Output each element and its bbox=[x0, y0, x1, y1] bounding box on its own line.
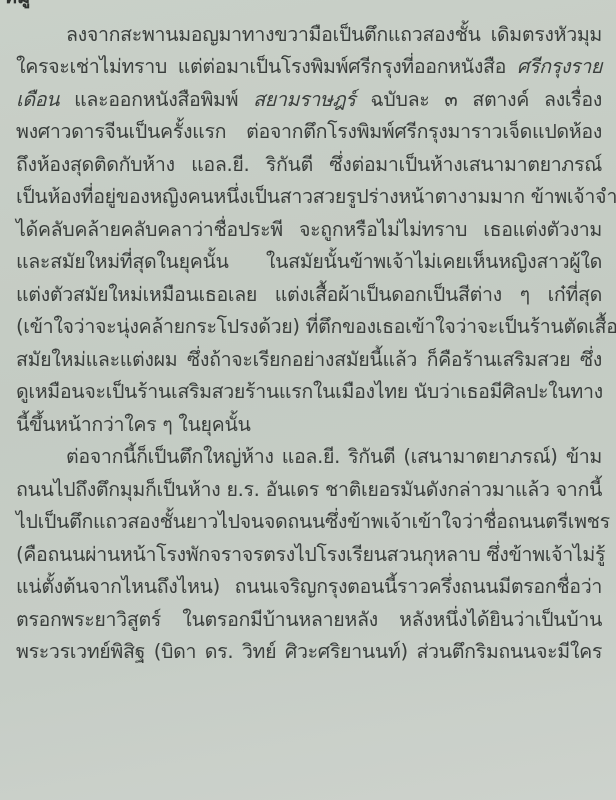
text-line: ถนนไปถึงตึกมุมก็เป็นห้าง ย.ร. อันเดร ชาต… bbox=[16, 477, 602, 503]
text-line: แน่ตั้งต้นจากไหนถึงไหน) ถนนเจริญกรุงตอนน… bbox=[16, 574, 602, 600]
text-line: ต่อจากนี้ก็เป็นตึกใหญ่ห้าง แอล.ยี. ริกัน… bbox=[66, 444, 602, 470]
book-page: หมู่ ลงจากสะพานมอญมาทางขวามือเป็นตึกแถวส… bbox=[0, 0, 616, 800]
text-line: ดูเหมือนจะเป็นร้านเสริมสวยร้านแรกในเมือง… bbox=[16, 379, 602, 405]
text-line: ถึงห้องสุดติดกับห้าง แอล.ยี. ริกันตี ซึ่… bbox=[16, 152, 602, 178]
newspaper-title: สยามราษฎร์ bbox=[253, 88, 355, 111]
cropped-top-line: หมู่ bbox=[4, 0, 30, 6]
text-line: พงศาวดารจีนเป็นครั้งแรก ต่อจากตึกโรงพิมพ… bbox=[16, 119, 602, 145]
text-line: ได้คลับคล้ายคลับคลาว่าชื่อประพี จะถูกหรื… bbox=[16, 217, 602, 243]
book-title: เดือน bbox=[16, 88, 59, 111]
text-line: ใครจะเช่าไม่ทราบ แต่ต่อมาเป็นโรงพิมพ์ศรี… bbox=[16, 54, 602, 80]
text-line: นี้ขึ้นหน้ากว่าใคร ๆ ในยุคนั้น bbox=[16, 412, 602, 438]
text-line: ลงจากสะพานมอญมาทางขวามือเป็นตึกแถวสองชั้… bbox=[66, 22, 602, 48]
text-line: (เข้าใจว่าจะนุ่งคล้ายกระโปรงด้วย) ที่ตึก… bbox=[16, 314, 602, 340]
text-line: พระวรเวทย์พิสิฐ (บิดา ดร. วิทย์ ศิวะศริย… bbox=[16, 639, 602, 665]
text-line: ตรอกพระยาวิสูตร์ ในตรอกมีบ้านหลายหลัง หล… bbox=[16, 607, 602, 633]
text-line: และสมัยใหม่ที่สุดในยุคนั้น ในสมัยนั้นข้า… bbox=[16, 249, 602, 275]
text-line: สมัยใหม่และแต่งผม ซึ่งถ้าจะเรียกอย่างสมั… bbox=[16, 347, 602, 373]
text-line: แต่งตัวสมัยใหม่เหมือนเธอเลย แต่งเสื้อผ้า… bbox=[16, 282, 602, 308]
text-line: ไปเป็นตึกแถวสองชั้นยาวไปจนจดถนนซึ่งข้าพเ… bbox=[16, 509, 602, 535]
text-line: (คือถนนผ่านหน้าโรงพักจราจรตรงไปโรงเรียนส… bbox=[16, 542, 602, 568]
text-line: เดือน และออกหนังสือพิมพ์ สยามราษฎร์ ฉบับ… bbox=[16, 87, 602, 113]
text-line: เป็นห้องที่อยู่ของหญิงคนหนึ่งเป็นสาวสวยร… bbox=[16, 184, 602, 210]
book-title: ศรีกรุงราย bbox=[517, 55, 602, 78]
